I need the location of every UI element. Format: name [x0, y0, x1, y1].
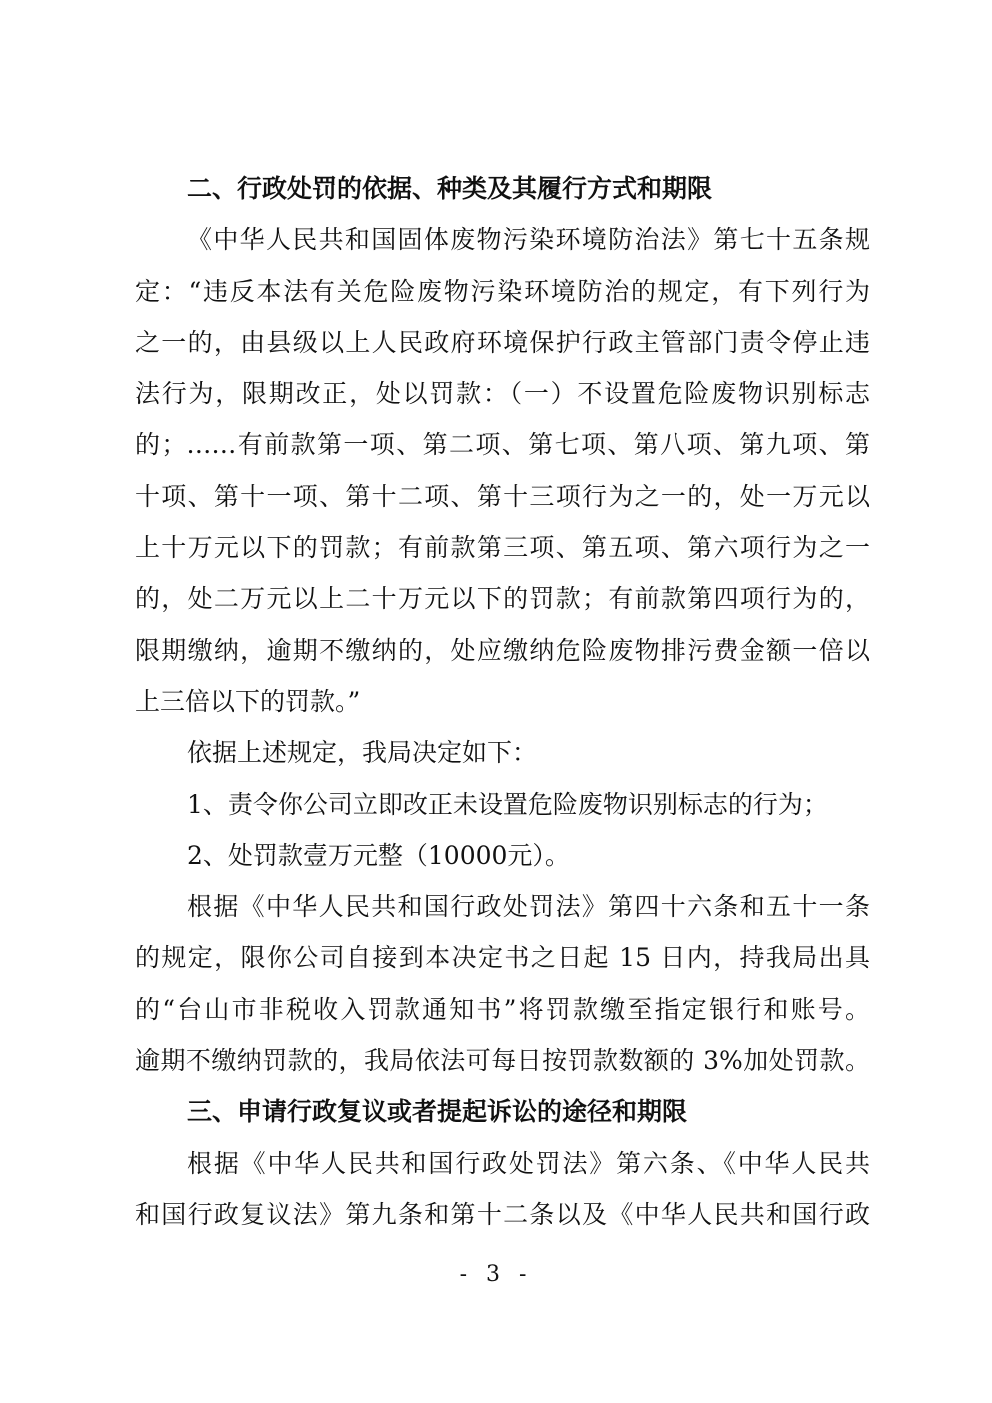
paragraph-line: 定：“违反本法有关危险废物污染环境防治的规定，有下列行为 — [135, 266, 870, 317]
paragraph-line: 上三倍以下的罚款。” — [135, 676, 870, 727]
page-number: - 3 - — [0, 1262, 992, 1287]
paragraph-line: 上十万元以下的罚款；有前款第三项、第五项、第六项行为之一 — [135, 522, 870, 573]
decision-item: 1、责令你公司立即改正未设置危险废物识别标志的行为； — [135, 779, 870, 830]
document-page: 二、行政处罚的依据、种类及其履行方式和期限 《中华人民共和国固体废物污染环境防治… — [135, 163, 870, 1240]
decision-list: 1、责令你公司立即改正未设置危险废物识别标志的行为； 2、处罚款壹万元整（100… — [135, 779, 870, 882]
paragraph-line: 的；……有前款第一项、第二项、第七项、第八项、第九项、第 — [135, 419, 870, 470]
paragraph-line: 逾期不缴纳罚款的，我局依法可每日按罚款数额的 3%加处罚款。 — [135, 1035, 870, 1086]
paragraph-line: 根据《中华人民共和国行政处罚法》第六条、《中华人民共 — [135, 1138, 870, 1189]
legal-basis-paragraph: 《中华人民共和国固体废物污染环境防治法》第七十五条规 定：“违反本法有关危险废物… — [135, 214, 870, 727]
paragraph-line: 之一的，由县级以上人民政府环境保护行政主管部门责令停止违 — [135, 317, 870, 368]
paragraph-line: 根据《中华人民共和国行政处罚法》第四十六条和五十一条 — [135, 881, 870, 932]
paragraph-line: 和国行政复议法》第九条和第十二条以及《中华人民共和国行政 — [135, 1189, 870, 1240]
decision-item: 2、处罚款壹万元整（10000元）。 — [135, 830, 870, 881]
section-2-heading: 二、行政处罚的依据、种类及其履行方式和期限 — [135, 163, 870, 214]
paragraph-line: 的规定，限你公司自接到本决定书之日起 15 日内，持我局出具 — [135, 932, 870, 983]
paragraph-line: 十项、第十一项、第十二项、第十三项行为之一的，处一万元以 — [135, 471, 870, 522]
payment-paragraph: 根据《中华人民共和国行政处罚法》第四十六条和五十一条 的规定，限你公司自接到本决… — [135, 881, 870, 1086]
appeal-paragraph: 根据《中华人民共和国行政处罚法》第六条、《中华人民共 和国行政复议法》第九条和第… — [135, 1138, 870, 1241]
paragraph-line: 法行为，限期改正，处以罚款：（一）不设置危险废物识别标志 — [135, 368, 870, 419]
paragraph-line: 的“台山市非税收入罚款通知书”将罚款缴至指定银行和账号。 — [135, 984, 870, 1035]
paragraph-line: 限期缴纳，逾期不缴纳的，处应缴纳危险废物排污费金额一倍以 — [135, 625, 870, 676]
section-3-heading: 三、申请行政复议或者提起诉讼的途径和期限 — [135, 1086, 870, 1137]
paragraph-line: 的，处二万元以上二十万元以下的罚款；有前款第四项行为的， — [135, 573, 870, 624]
decision-intro: 依据上述规定，我局决定如下： — [135, 727, 870, 778]
paragraph-line: 《中华人民共和国固体废物污染环境防治法》第七十五条规 — [135, 214, 870, 265]
